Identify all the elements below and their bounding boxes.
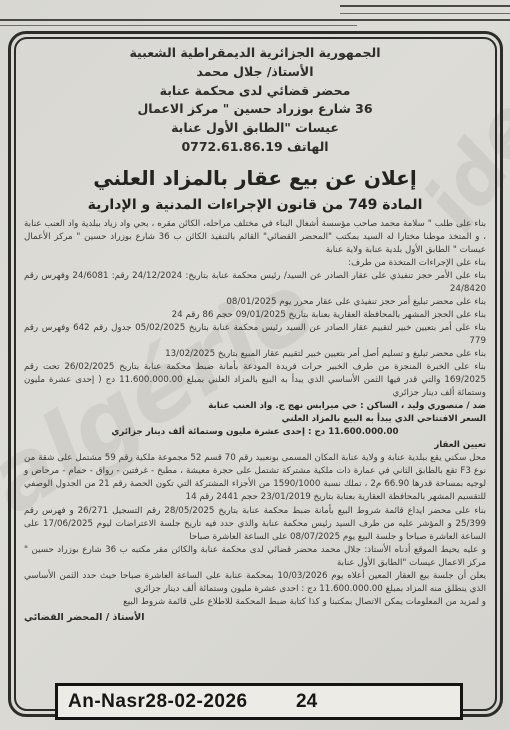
paragraph-property-description: محل سكني يقع ببلدية عنابة و ولاية عنابة … (24, 452, 486, 504)
top-rule-line (340, 13, 510, 14)
paragraph-opening-price-label: السعر الافتتاحي الذي يبدأ به البيع بالمز… (24, 413, 486, 426)
paragraph-more-information: و لمزيد من المعلومات يمكن الاتصال بمكتبن… (24, 596, 486, 609)
paragraph-expertise-valuation: بناء على الخبرة المنجزة من طرف الخبير حر… (24, 361, 486, 400)
paragraph-seizure-registration: بناء على الحجز المشهر بالمحافظة العقارية… (24, 309, 486, 322)
paragraph-procedures-intro: بناء على الإجراءات المتخذة من طرف: (24, 257, 486, 270)
paragraph-sale-conditions-deposit: بناء على محضر ايداع قائمة شروط البيع بأم… (24, 505, 486, 544)
paragraph-request: بناء على طلب " سلامة محمد صاحب مؤسسة أشغ… (24, 218, 486, 257)
header-address-line2: عيسات "الطابق الأول عنابة (24, 119, 486, 138)
notice-header: الجمهورية الجزائرية الديمقراطية الشعبية … (24, 44, 486, 157)
notice-content: الجمهورية الجزائرية الديمقراطية الشعبية … (24, 44, 486, 684)
header-phone: الهاتف 0772.61.86.19 (24, 138, 486, 157)
paragraph-seizure-order: بناء على الأمر حجز تنفيذي على عقار الصاد… (24, 270, 486, 296)
header-address-line1: 36 شارع بوزراد حسين " مركز الاعمال (24, 100, 486, 119)
newspaper-name-date: An-Nasr28-02-2026 (58, 691, 248, 713)
newspaper-footer-box: An-Nasr28-02-2026 24 (55, 683, 463, 720)
header-republic-line: الجمهورية الجزائرية الديمقراطية الشعبية (24, 44, 486, 63)
paragraph-expert-notification: بناء على محضر تبليغ و تسليم أصل أمر بتعي… (24, 348, 486, 361)
paragraph-seizure-notification: بناء على محضر تبليغ أمر حجز تنفيذي على ع… (24, 296, 486, 309)
notice-title: إعلان عن بيع عقار بالمزاد العلني (24, 166, 486, 190)
top-rule-line (0, 19, 510, 21)
top-rule-line (340, 5, 510, 7)
paragraph-opening-price-amount: 11.600.000.00 دج : إحدى عشرة مليون وستما… (24, 426, 486, 439)
bailiff-signature: الأستاذ / المحضر القضائي (24, 611, 486, 625)
top-rule-line (0, 25, 357, 26)
notice-body: بناء على طلب " سلامة محمد صاحب مؤسسة أشغ… (24, 218, 486, 626)
paragraph-bailiff-declaration: و عليه يحيط الموقع أدناه الأستاذ: جلال م… (24, 544, 486, 570)
paragraph-defendant: ضد / منصوري وليد ، الساكن : حي ميرابس نه… (24, 400, 486, 413)
header-bailiff-name: الأستاذ/ جلال محمد (24, 63, 486, 82)
paragraph-auction-session: يعلن أن جلسة بيع العقار المعين أعلاه يوم… (24, 570, 486, 596)
paragraph-property-heading: تعيين العقار (24, 439, 486, 452)
header-bailiff-title: محضر قضائي لدى محكمة عنابة (24, 82, 486, 101)
page-number: 24 (296, 691, 317, 713)
notice-subtitle: المادة 749 من قانون الإجراءات المدنية و … (24, 197, 486, 213)
paragraph-expert-appointment: بناء على أمر بتعيين خبير لتقييم عقار الص… (24, 322, 486, 348)
newspaper-notice-page: algérie ide الجمهورية الجزائرية الديمقرا… (0, 0, 510, 730)
